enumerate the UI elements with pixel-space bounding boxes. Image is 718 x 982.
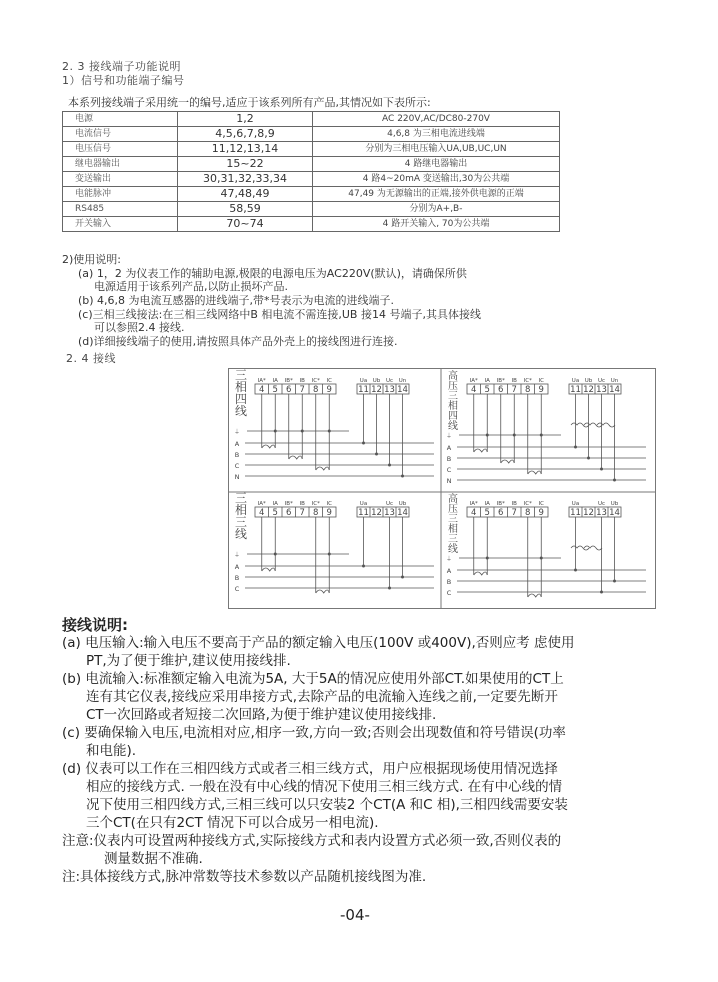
cell-terminals: 11,12,13,14 [178,142,313,157]
note-line: CT一次回路或者短接二次回路,为便于维护建议使用接线排. [86,706,436,724]
cell-name: 电能脉冲 [63,187,178,202]
note-line: 注意:仪表内可设置两种接线方式,实际接线方式和表内设置方式必须一致,否则仪表的 [62,832,561,850]
svg-text:线: 线 [235,403,247,418]
svg-text:14: 14 [397,508,408,518]
svg-text:12: 12 [371,508,382,518]
cell-desc: 4 路开关输入, 70为公共端 [313,217,560,232]
svg-text:B: B [235,451,239,459]
usage-line: (d)详细接线端子的使用,请按照具体产品外壳上的接线图进行连接. [78,335,398,348]
svg-text:⏚: ⏚ [446,556,452,563]
table-row: 开关输入70~744 路开关输入, 70为公共端 [63,217,560,232]
svg-text:IC*: IC* [524,501,532,507]
svg-text:5: 5 [273,385,278,395]
svg-text:Ub: Ub [399,501,407,507]
svg-text:Ua: Ua [572,378,579,384]
svg-text:6: 6 [498,385,503,395]
svg-text:IC: IC [539,501,545,507]
cell-terminals: 15~22 [178,157,313,172]
svg-text:IB: IB [512,378,518,384]
usage-line: (b) 4,6,8 为电流互感器的进线端子,带*号表示为电流的进线端子. [78,294,394,307]
svg-text:线: 线 [235,526,247,541]
svg-text:4: 4 [471,385,476,395]
wiring-panel: 三相三线4IA*5IA6IB*7IB8IC*9IC11Ua1213Uc14Ub⏚… [234,491,434,593]
usage-line: 可以参照2.4 接线. [94,321,185,334]
svg-text:B: B [447,455,451,463]
svg-text:Ua: Ua [360,501,367,507]
svg-text:Ub: Ub [373,378,381,384]
svg-text:N: N [447,477,452,485]
svg-text:4: 4 [259,385,264,395]
table-row: RS48558,59分别为A+,B- [63,202,560,217]
cell-desc: 47,49 为无源输出的正端,接外供电源的正端 [313,187,560,202]
note-line: 测量数据不准确. [104,850,203,868]
svg-text:Uc: Uc [386,501,393,507]
svg-text:IC*: IC* [312,501,320,507]
svg-text:IC*: IC* [524,378,532,384]
svg-text:8: 8 [525,508,530,518]
note-line: 三个CT(在只有2CT 情况下可以合成另一相电流). [86,814,379,832]
svg-text:8: 8 [313,508,318,518]
table-row: 电源1,2AC 220V,AC/DC80-270V [63,112,560,127]
svg-text:8: 8 [313,385,318,395]
svg-text:Uc: Uc [598,501,605,507]
svg-text:IB*: IB* [285,501,293,507]
svg-text:5: 5 [485,385,490,395]
svg-text:6: 6 [286,385,291,395]
svg-text:9: 9 [327,508,332,518]
svg-text:4: 4 [471,508,476,518]
cell-terminals: 47,48,49 [178,187,313,202]
usage-line: (a) 1，2 为仪表工作的辅助电源,极限的电源电压为AC220V(默认)，请确… [78,267,467,280]
svg-text:12: 12 [583,508,594,518]
svg-text:5: 5 [273,508,278,518]
svg-text:Ub: Ub [611,501,619,507]
cell-name: 开关输入 [63,217,178,232]
svg-text:IC: IC [327,501,333,507]
svg-text:11: 11 [570,385,581,395]
svg-text:7: 7 [300,385,305,395]
cell-desc: 4,6,8 为三相电流进线端 [313,127,560,142]
usage-line: (c)三相三线接法:在三相三线网络中B 相电流不需连接,UB 接14 号端子,其… [78,308,481,321]
svg-text:IC*: IC* [312,378,320,384]
svg-text:IB: IB [512,501,518,507]
cell-name: 继电器输出 [63,157,178,172]
svg-text:IC: IC [539,378,545,384]
svg-text:IB*: IB* [497,378,505,384]
svg-text:IC: IC [327,378,333,384]
table-row: 电压信号11,12,13,14分别为三相电压输入UA,UB,UC,UN [63,142,560,157]
cell-name: 电流信号 [63,127,178,142]
svg-text:IA*: IA* [258,378,266,384]
note-line: 况下使用三相四线方式,三相三线可以只安装2 个CT(A 和C 相),三相四线需要… [86,796,568,814]
cell-desc: 4 路继电器输出 [313,157,560,172]
cell-terminals: 58,59 [178,202,313,217]
svg-text:IA: IA [485,378,491,384]
svg-text:⏚: ⏚ [446,433,452,440]
svg-text:IB*: IB* [285,378,293,384]
svg-text:A: A [447,567,452,575]
cell-desc: 分别为A+,B- [313,202,560,217]
svg-text:IB: IB [300,501,306,507]
svg-text:6: 6 [498,508,503,518]
note-line: (d) 仪表可以工作在三相四线方式或者三相三线方式，用户应根据现场使用情况选择 [62,760,558,778]
svg-text:IB*: IB* [497,501,505,507]
svg-text:4: 4 [259,508,264,518]
notes-title: 接线说明: [62,614,128,635]
page-number: -04- [340,906,370,924]
cell-name: 电源 [63,112,178,127]
svg-text:C: C [235,585,240,593]
cell-desc: 分别为三相电压输入UA,UB,UC,UN [313,142,560,157]
note-line: (b) 电流输入:标准额定输入电流为5A, 大于5A的情况应使用外部CT.如果使… [62,670,564,688]
svg-text:Uc: Uc [598,378,605,384]
svg-text:IA*: IA* [258,501,266,507]
svg-text:Ub: Ub [585,378,593,384]
table-row: 变送输出30,31,32,33,344 路4~20mA 变送输出,30为公共端 [63,172,560,187]
svg-text:IA: IA [273,501,279,507]
wiring-panel: 三相四线4IA*5IA6IB*7IB8IC*9IC11Ua12Ub13Uc14U… [234,369,434,481]
table-row: 继电器输出15~224 路继电器输出 [63,157,560,172]
cell-terminals: 30,31,32,33,34 [178,172,313,187]
usage-line: 电源适用于该系列产品,以防止损坏产品. [94,280,288,293]
svg-text:⏚: ⏚ [234,552,240,559]
wiring-diagram: 三相四线4IA*5IA6IB*7IB8IC*9IC11Ua12Ub13Uc14U… [228,368,656,609]
svg-text:N: N [235,473,240,481]
cell-terminals: 1,2 [178,112,313,127]
svg-text:IA: IA [485,501,491,507]
svg-text:11: 11 [570,508,581,518]
svg-text:⏚: ⏚ [234,429,240,436]
cell-desc: AC 220V,AC/DC80-270V [313,112,560,127]
cell-desc: 4 路4~20mA 变送输出,30为公共端 [313,172,560,187]
section-subtitle: 1）信号和功能端子编号 [62,72,185,88]
svg-text:7: 7 [300,508,305,518]
svg-text:13: 13 [596,385,607,395]
svg-text:B: B [447,578,451,586]
note-line: 相应的接线方式. 一般在没有中心线的情况下使用三相三线方式. 在有中心线的情 [86,778,562,796]
wiring-diagram-svg: 三相四线4IA*5IA6IB*7IB8IC*9IC11Ua12Ub13Uc14U… [229,369,655,608]
cell-name: 变送输出 [63,172,178,187]
svg-text:7: 7 [512,508,517,518]
svg-text:14: 14 [397,385,408,395]
svg-text:14: 14 [609,385,620,395]
cell-name: RS485 [63,202,178,217]
svg-text:A: A [447,444,452,452]
svg-text:Uc: Uc [386,378,393,384]
svg-text:11: 11 [358,508,369,518]
svg-text:13: 13 [384,385,395,395]
cell-terminals: 70~74 [178,217,313,232]
wiring-panel: 高压三相三线4IA*5IA6IB*7IB8IC*9IC11Ua1213Uc14U… [446,492,646,597]
wiring-panel: 高压三相四线4IA*5IA6IB*7IB8IC*9IC11Ua12Ub13Uc1… [446,369,646,485]
note-line: PT,为了便于维护,建议使用接线排. [86,652,291,670]
section-title-wiring: 2. 4 接线 [66,350,116,366]
svg-text:9: 9 [539,508,544,518]
svg-text:5: 5 [485,508,490,518]
note-line: 连有其它仪表,接线应采用串接方式,去除产品的电流输入连线之前,一定要先断开 [86,688,558,706]
svg-text:C: C [235,462,240,470]
table-row: 电能脉冲47,48,4947,49 为无源输出的正端,接外供电源的正端 [63,187,560,202]
svg-text:IA: IA [273,378,279,384]
svg-text:Un: Un [611,378,619,384]
note-line: (a) 电压输入:输入电压不要高于产品的额定输入电压(100V 或400V),否… [62,634,575,652]
svg-text:IB: IB [300,378,306,384]
svg-text:A: A [235,563,240,571]
usage-title: 2)使用说明: [62,253,121,266]
svg-text:12: 12 [371,385,382,395]
svg-text:Un: Un [399,378,407,384]
svg-text:11: 11 [358,385,369,395]
note-line: 和电能). [86,742,136,760]
svg-text:C: C [447,589,452,597]
svg-text:8: 8 [525,385,530,395]
svg-text:A: A [235,440,240,448]
svg-text:9: 9 [539,385,544,395]
svg-text:Ua: Ua [360,378,367,384]
svg-text:9: 9 [327,385,332,395]
note-line: (c) 要确保输入电压,电流相对应,相序一致,方向一致;否则会出现数值和符号错误… [62,724,566,742]
svg-text:线: 线 [448,542,458,555]
svg-text:14: 14 [609,508,620,518]
table-row: 电流信号4,5,6,7,8,94,6,8 为三相电流进线端 [63,127,560,142]
note-line: 注:具体接线方式,脉冲常数等技术参数以产品随机接线图为准. [62,868,426,886]
table-intro: 本系列接线端子采用统一的编号,适应于该系列所有产品,其情况如下表所示: [68,94,431,110]
svg-text:线: 线 [448,419,458,432]
svg-text:B: B [235,574,239,582]
cell-name: 电压信号 [63,142,178,157]
svg-text:13: 13 [596,508,607,518]
svg-text:Ua: Ua [572,501,579,507]
svg-text:6: 6 [286,508,291,518]
svg-text:IA*: IA* [470,378,478,384]
svg-text:IA*: IA* [470,501,478,507]
terminal-table: 电源1,2AC 220V,AC/DC80-270V 电流信号4,5,6,7,8,… [62,111,560,232]
svg-text:7: 7 [512,385,517,395]
svg-text:C: C [447,466,452,474]
cell-terminals: 4,5,6,7,8,9 [178,127,313,142]
svg-text:13: 13 [384,508,395,518]
svg-text:12: 12 [583,385,594,395]
